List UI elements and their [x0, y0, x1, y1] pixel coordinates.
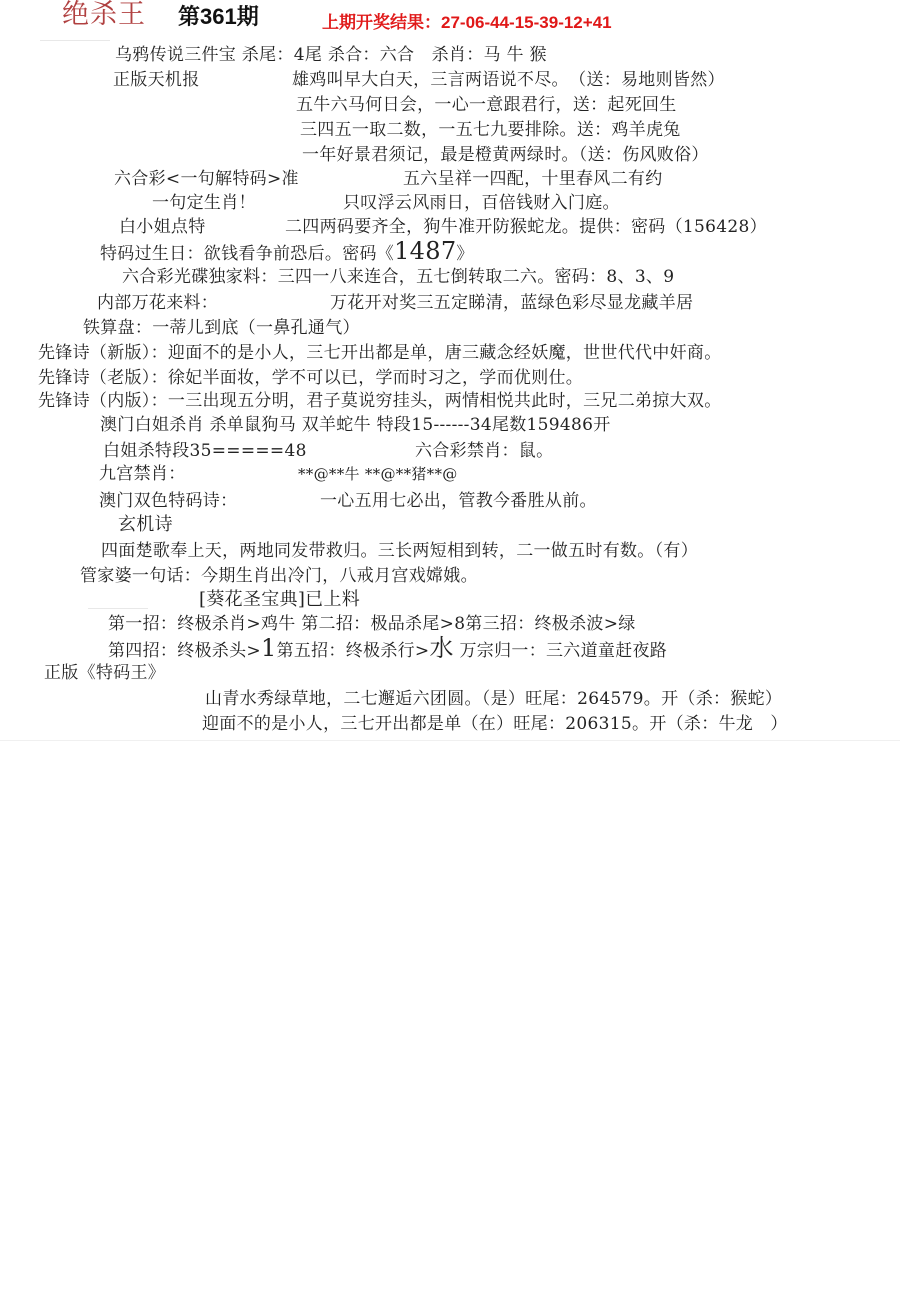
- line-text: 管家婆一句话：今期生肖出冷门，八戒月宫戏嫦娥。: [80, 566, 478, 586]
- line-text: 先锋诗（新版）：迎面不的是小人，三七开出都是单，唐三藏念经妖魔，世世代代中奸商。: [38, 343, 722, 363]
- line-yijujie-verse: 五六呈祥一四配，十里春风二有约: [403, 168, 663, 190]
- line-text: **@**牛 **@**猪**@: [298, 465, 458, 483]
- section-title-wanhua: 内部万花来料：: [97, 293, 218, 313]
- line-text: 只叹浮云风雨日，百倍钱财入门庭。: [343, 193, 620, 213]
- password-code: 1487: [394, 237, 456, 265]
- line-xianfeng-xin: 先锋诗（新版）：迎面不的是小人，三七开出都是单，唐三藏念经妖魔，世世代代中奸商。: [38, 342, 722, 364]
- line-wuya: 乌鸦传说三件宝 杀尾：4尾 杀合：六合 杀肖：马 牛 猴: [115, 44, 547, 66]
- line-tianjibao-verse1: 雄鸡叫早大白天，三言两语说不尽。 （送：易地则皆然）: [292, 69, 725, 91]
- line-kuihua-1: 第一招：终极杀肖>鸡牛 第二招：极品杀尾>8第三招：终极杀波>绿: [108, 613, 636, 635]
- line-text: 万宗归一：三六道童赶夜路: [454, 641, 667, 661]
- line-text: 五牛六马何日会，一心一意跟君行，送：起死回生: [296, 95, 677, 115]
- line-text: 四面楚歌奉上天，两地同发带救归。三长两短相到转，二一做五时有数。（有）: [101, 541, 698, 561]
- line-wanhua-verse: 万花开对奖三五定睇清，蓝绿色彩尽显龙藏羊居: [330, 292, 693, 314]
- line-wanhua: 内部万花来料：: [97, 292, 218, 314]
- issue-number: 第361期: [178, 4, 259, 30]
- line-kuihua-2: 第四招：终极杀头>1第五招：终极杀行>水 万宗归一：三六道童赶夜路: [108, 637, 667, 662]
- line-xianfeng-lao: 先锋诗（老版）：徐妃半面妆，学不可以已，学而时习之，学而优则仕。: [38, 367, 583, 389]
- line-shuangse: 澳门双色特码诗：: [99, 490, 237, 512]
- line-tiesuanpan: 铁算盘：一蒂儿到底（一鼻孔通气）: [83, 317, 360, 339]
- divider: [88, 608, 148, 609]
- line-text: 一心五用七必出，管教今番胜从前。: [320, 491, 597, 511]
- section-title-tianjibao: 正版天机报: [113, 70, 200, 90]
- section-title-yijujie: 六合彩<一句解特码>准: [114, 169, 299, 189]
- section-title-kuihua: [葵花圣宝典]已上料: [199, 589, 360, 610]
- line-text: 》: [456, 244, 473, 264]
- line-tianjibao-verse2: 五牛六马何日会，一心一意跟君行，送：起死回生: [296, 94, 677, 116]
- line-jiugong: 九宫禁肖：: [99, 463, 186, 485]
- line-text: 乌鸦传说三件宝 杀尾：4尾 杀合：六合 杀肖：马 牛 猴: [115, 45, 547, 65]
- content-area: 绝杀王 第361期 上期开奖结果：27-06-44-15-39-12+41 乌鸦…: [0, 0, 900, 742]
- last-draw-numbers: 27-06-44-15-39-12+41: [441, 13, 612, 32]
- line-text: 万花开对奖三五定睇清，蓝绿色彩尽显龙藏羊居: [330, 293, 693, 313]
- line-text: 水: [429, 634, 453, 662]
- line-text: 六合彩禁肖：鼠。: [415, 441, 553, 461]
- line-baijie-teduan: 白姐杀特段35=====48: [103, 440, 307, 462]
- line-text: 1: [261, 634, 277, 662]
- line-baixiaojie-verse: 二四两码要齐全，狗牛准开防猴蛇龙。提供：密码（156428）: [285, 216, 767, 238]
- section-title-xuanji: 玄机诗: [118, 514, 173, 535]
- line-temaguoshengri: 特码过生日：欲钱看争前恐后。密码《1487》: [100, 240, 474, 265]
- line-text: 先锋诗（老版）：徐妃半面妆，学不可以已，学而时习之，学而优则仕。: [38, 368, 583, 388]
- line-xuanji-poem: 四面楚歌奉上天，两地同发带救归。三长两短相到转，二一做五时有数。（有）: [101, 540, 698, 562]
- last-draw-label: 上期开奖结果：: [322, 13, 441, 32]
- line-text: 澳门白姐杀肖 杀单鼠狗马 双羊蛇牛 特段15------34尾数159486开: [100, 415, 611, 435]
- line-xianfeng-nei: 先锋诗（内版）：一三出现五分明，君子莫说穷挂头，两情相悦共此时，三兄二弟掠大双。: [38, 390, 722, 412]
- bottom-edge: [0, 740, 900, 741]
- section-title-dingshengxiao: 一句定生肖！: [152, 193, 256, 213]
- line-tianjibao-verse4: 一年好景君须记，最是橙黄两绿时。（送：伤风败俗）: [302, 144, 709, 166]
- lottery-tip-sheet: 绝杀王 第361期 上期开奖结果：27-06-44-15-39-12+41 乌鸦…: [0, 0, 900, 1292]
- line-temawang-title: 正版《特码王》: [44, 662, 165, 684]
- line-kuihua-title: [葵花圣宝典]已上料: [199, 589, 360, 611]
- section-title-temawang: 正版《特码王》: [44, 663, 165, 683]
- section-title-jiugong: 九宫禁肖：: [99, 464, 186, 484]
- line-temawang-1: 山青水秀绿草地，二七邂逅六团圆。（是）旺尾：264579。开（杀：猴蛇）: [205, 688, 782, 710]
- divider: [40, 40, 110, 41]
- line-text: 铁算盘：一蒂儿到底（一鼻孔通气）: [83, 318, 360, 338]
- line-text: 雄鸡叫早大白天，三言两语说不尽。 （送：易地则皆然）: [292, 70, 725, 90]
- section-title-baixiaojie: 白小姐点特: [119, 217, 206, 237]
- line-text: 白姐杀特段35=====48: [103, 441, 307, 461]
- line-temawang-2: 迎面不的是小人，三七开出都是单（在）旺尾：206315。开（杀：牛龙 ）: [202, 713, 788, 735]
- line-guanjiapo: 管家婆一句话：今期生肖出冷门，八戒月宫戏嫦娥。: [80, 565, 478, 587]
- line-jiugong-value: **@**牛 **@**猪**@: [298, 463, 458, 485]
- brand-title: 绝杀王: [62, 0, 146, 30]
- line-text: 五六呈祥一四配，十里春风二有约: [403, 169, 663, 189]
- line-text: 三四五一取二数，一五七九要排除。送：鸡羊虎兔: [300, 120, 681, 140]
- line-dingshengxiao-verse: 只叹浮云风雨日，百倍钱财入门庭。: [343, 192, 620, 214]
- line-yijujie: 六合彩<一句解特码>准: [114, 168, 299, 190]
- line-text: 特码过生日：欲钱看争前恐后。密码《: [100, 244, 394, 264]
- line-text: 第四招：终极杀头>: [108, 641, 261, 661]
- line-text: 第五招：终极杀行>: [277, 641, 430, 661]
- line-text: 先锋诗（内版）：一三出现五分明，君子莫说穷挂头，两情相悦共此时，三兄二弟掠大双。: [38, 391, 722, 411]
- line-text: 一年好景君须记，最是橙黄两绿时。（送：伤风败俗）: [302, 145, 709, 165]
- line-xuanji-title: 玄机诗: [118, 514, 173, 536]
- line-guangdie: 六合彩光碟独家料：三四一八来连合，五七倒转取二六。密码：8、3、9: [122, 266, 674, 288]
- line-dingshengxiao: 一句定生肖！: [152, 192, 256, 214]
- line-text: 山青水秀绿草地，二七邂逅六团圆。（是）旺尾：264579。开（杀：猴蛇）: [205, 689, 782, 709]
- last-draw-result: 上期开奖结果：27-06-44-15-39-12+41: [322, 12, 612, 34]
- line-tianjibao-verse3: 三四五一取二数，一五七九要排除。送：鸡羊虎兔: [300, 119, 681, 141]
- line-text: 第一招：终极杀肖>鸡牛 第二招：极品杀尾>8第三招：终极杀波>绿: [108, 614, 636, 634]
- line-jinxiao: 六合彩禁肖：鼠。: [415, 440, 553, 462]
- section-title-shuangse: 澳门双色特码诗：: [99, 491, 237, 511]
- line-tianjibao: 正版天机报: [113, 69, 200, 91]
- line-text: 六合彩光碟独家料：三四一八来连合，五七倒转取二六。密码：8、3、9: [122, 267, 674, 287]
- line-aomen-baijie: 澳门白姐杀肖 杀单鼠狗马 双羊蛇牛 特段15------34尾数159486开: [100, 414, 611, 436]
- line-text: 迎面不的是小人，三七开出都是单（在）旺尾：206315。开（杀：牛龙 ）: [202, 714, 788, 734]
- line-baixiaojie: 白小姐点特: [119, 216, 206, 238]
- line-text: 二四两码要齐全，狗牛准开防猴蛇龙。提供：密码（156428）: [285, 217, 767, 237]
- line-shuangse-verse: 一心五用七必出，管教今番胜从前。: [320, 490, 597, 512]
